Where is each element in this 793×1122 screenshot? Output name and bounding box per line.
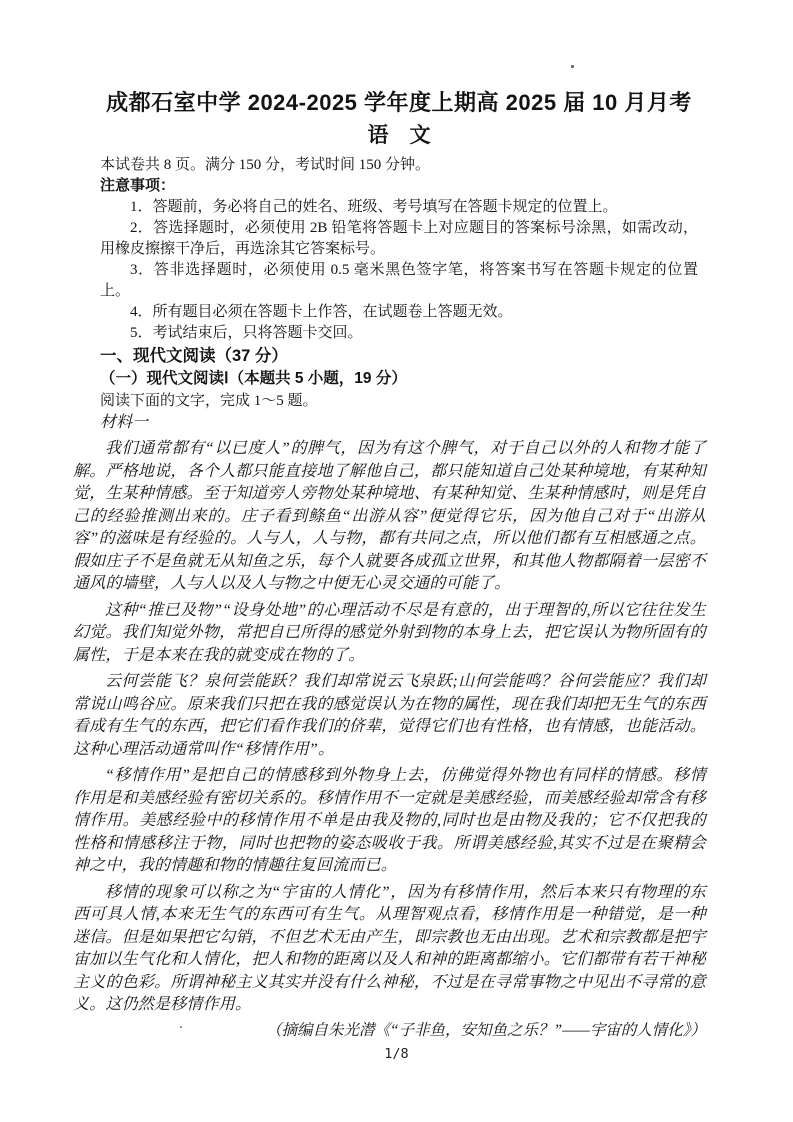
subsection-heading-reading-1: （一）现代文阅读Ⅰ（本题共 5 小题，19 分）	[100, 368, 698, 390]
reading-passage: 材料一 我们通常都有“以已度人”的脾气，因为有这个脾气，对于自己以外的人和物才能…	[73, 412, 706, 1042]
material-one-label: 材料一	[100, 412, 706, 434]
reading-instruction: 阅读下面的文字，完成 1～5 题。	[100, 390, 698, 412]
notice-item-5: 5．考试结束后，只将答题卡交回。	[100, 323, 698, 344]
notice-item-2: 2．答选择题时，必须使用 2B 铅笔将答题卡上对应题目的答案标号涂黑，如需改动，…	[100, 218, 698, 260]
exam-title: 成都石室中学 2024-2025 学年度上期高 2025 届 10 月月考	[100, 88, 698, 118]
passage-paragraph-4: “移情作用”是把自己的情感移到外物身上去，仿佛觉得外物也有同样的情感。移情作用是…	[73, 765, 706, 878]
notice-item-3: 3．答非选择题时，必须使用 0.5 毫米黑色签字笔，将答案书写在答题卡规定的位置…	[100, 260, 698, 302]
page-number: 1/8	[0, 1046, 793, 1062]
scan-artifact-dot	[571, 65, 574, 68]
notice-item-4: 4．所有题目必须在答题卡上作答，在试题卷上答题无效。	[100, 302, 698, 323]
exam-subject: 语 文	[100, 121, 698, 151]
passage-paragraph-3: 云何尝能飞？泉何尝能跃？我们却常说云飞泉跃;山何尝能鸣？谷何尝能应？我们却常说山…	[73, 671, 706, 761]
passage-paragraph-1: 我们通常都有“以已度人”的脾气，因为有这个脾气，对于自己以外的人和物才能了解。严…	[73, 438, 706, 596]
passage-attribution: （摘编自朱光潜《“子非鱼，安知鱼之乐？”——宇宙的人情化》）	[73, 1019, 706, 1042]
section-heading-modern-reading: 一、现代文阅读（37 分）	[100, 345, 698, 368]
passage-paragraph-2: 这种“推已及物”“设身处地”的心理活动不尽是有意的，出于理智的,所以它往往发生幻…	[73, 600, 706, 668]
exam-paper-page: 成都石室中学 2024-2025 学年度上期高 2025 届 10 月月考 语 …	[0, 0, 793, 1122]
notice-item-1: 1．答题前，务必将自己的姓名、班级、考号填写在答题卡规定的位置上。	[100, 197, 698, 218]
passage-paragraph-5: 移情的现象可以称之为“宇宙的人情化”，因为有移情作用，然后本来只有物理的东西可具…	[73, 882, 706, 1017]
scan-artifact-dot	[180, 1026, 182, 1028]
exam-info-line: 本试卷共 8 页。满分 150 分，考试时间 150 分钟。	[100, 155, 698, 176]
notice-heading: 注意事项：	[100, 176, 698, 197]
